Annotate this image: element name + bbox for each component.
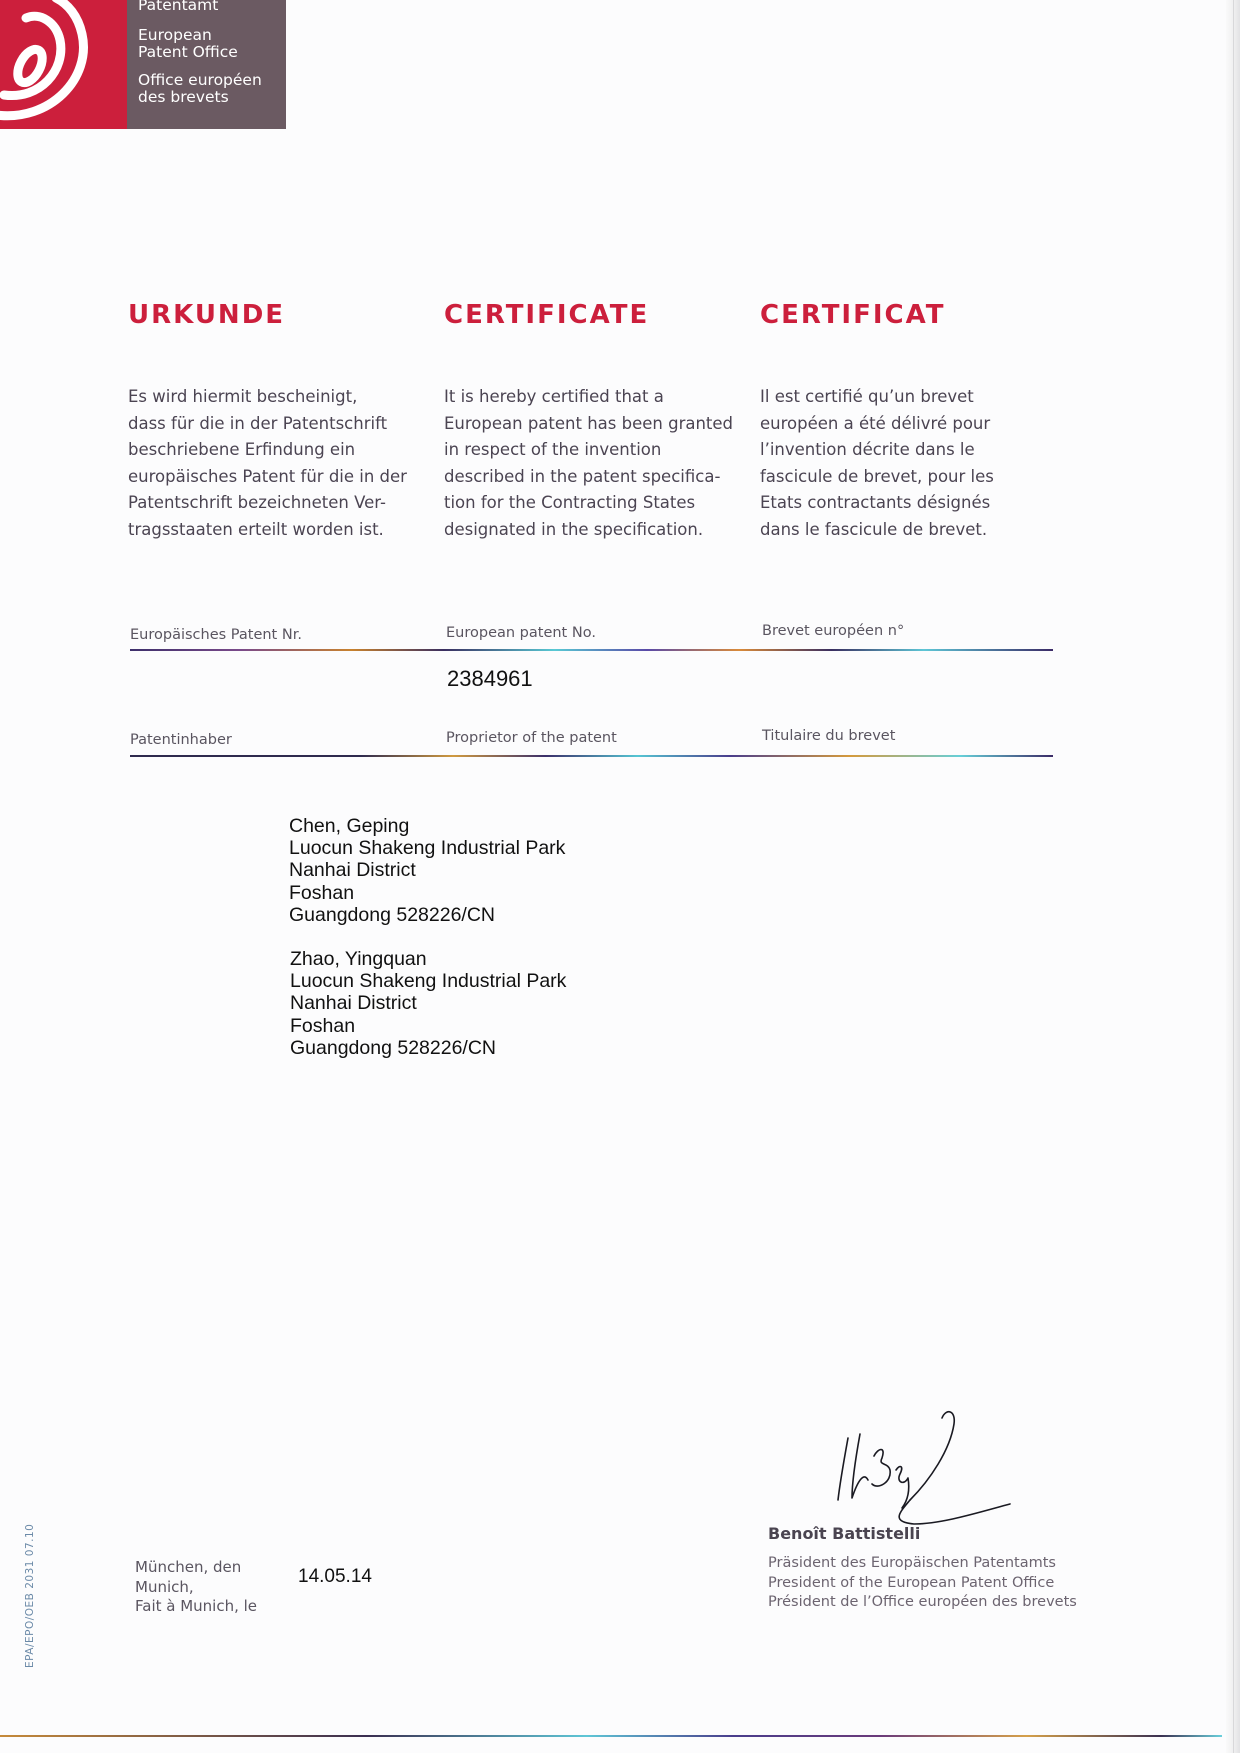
intro-line: designated in the specification.	[444, 517, 744, 544]
intro-line: Il est certifié qu’un brevet	[760, 384, 1060, 411]
page-edge-line	[1233, 0, 1234, 1753]
issue-date: 14.05.14	[298, 1566, 372, 1588]
signatory-title-de: Präsident des Europäischen Patentamts	[768, 1554, 1077, 1574]
intro-english: It is hereby certified that a European p…	[444, 384, 744, 543]
logo-line-patentamt: Patentamt	[138, 0, 286, 14]
intro-line: européen a été délivré pour	[760, 411, 1060, 438]
label-patent-no-en: European patent No.	[446, 625, 596, 641]
patent-number: 2384961	[447, 666, 533, 692]
intro-line: fascicule de brevet, pour les	[760, 464, 1060, 491]
heading-certificat: CERTIFICAT	[760, 300, 945, 330]
intro-line: tion for the Contracting States	[444, 490, 744, 517]
proprietor-address-line: Nanhai District	[290, 992, 566, 1014]
proprietor-address-line: Nanhai District	[289, 859, 565, 881]
epo-logo: Patentamt European Patent Office Office …	[0, 0, 286, 129]
logo-line-des-brevets: des brevets	[138, 89, 286, 106]
proprietor-name: Chen, Geping	[289, 815, 565, 837]
form-code: EPA/EPO/OEB 2031 07.10	[24, 1524, 36, 1668]
intro-line: described in the patent specifica-	[444, 464, 744, 491]
intro-line: Etats contractants désignés	[760, 490, 1060, 517]
signatory-title-fr: Président de l’Office européen des breve…	[768, 1593, 1077, 1613]
logo-line-european: European	[138, 27, 286, 44]
signatory-titles: Präsident des Europäischen Patentamts Pr…	[768, 1554, 1077, 1613]
handwritten-signature-icon	[830, 1400, 1020, 1534]
signatory-name: Benoît Battistelli	[768, 1524, 920, 1543]
intro-line: tragsstaaten erteilt worden ist.	[128, 517, 428, 544]
proprietor-address-line: Guangdong 528226/CN	[289, 904, 565, 926]
proprietor-name: Zhao, Yingquan	[290, 948, 566, 970]
rule-proprietor	[130, 755, 1053, 757]
intro-line: Patentschrift bezeichneten Ver-	[128, 490, 428, 517]
intro-line: Es wird hiermit bescheinigt,	[128, 384, 428, 411]
rule-patent-number	[130, 649, 1053, 651]
intro-line: It is hereby certified that a	[444, 384, 744, 411]
signatory-title-en: President of the European Patent Office	[768, 1574, 1077, 1594]
label-proprietor-de: Patentinhaber	[130, 732, 232, 748]
place-of-issue: München, den Munich, Fait à Munich, le	[135, 1558, 257, 1617]
proprietor-address-line: Luocun Shakeng Industrial Park	[290, 970, 566, 992]
logo-line-office-europeen: Office européen	[138, 72, 286, 89]
proprietor-1: Chen, Geping Luocun Shakeng Industrial P…	[289, 815, 565, 926]
epo-office-names: Patentamt European Patent Office Office …	[127, 0, 286, 129]
heading-urkunde: URKUNDE	[128, 300, 285, 330]
place-line-en: Munich,	[135, 1578, 257, 1598]
intro-line: dass für die in der Patentschrift	[128, 411, 428, 438]
label-patent-no-fr: Brevet européen n°	[762, 623, 904, 639]
place-line-de: München, den	[135, 1558, 257, 1578]
epo-spiral-logo-icon	[0, 0, 127, 129]
place-line-fr: Fait à Munich, le	[135, 1597, 257, 1617]
heading-certificate: CERTIFICATE	[444, 300, 649, 330]
label-proprietor-fr: Titulaire du brevet	[762, 728, 895, 744]
logo-line-patent-office: Patent Office	[138, 44, 286, 61]
label-proprietor-en: Proprietor of the patent	[446, 730, 617, 746]
intro-french: Il est certifié qu’un brevet européen a …	[760, 384, 1060, 543]
proprietor-address-line: Foshan	[290, 1015, 566, 1037]
intro-line: in respect of the invention	[444, 437, 744, 464]
intro-line: beschriebene Erfindung ein	[128, 437, 428, 464]
label-patent-nr-de: Europäisches Patent Nr.	[130, 627, 302, 643]
intro-line: europäisches Patent für die in der	[128, 464, 428, 491]
intro-line: dans le fascicule de brevet.	[760, 517, 1060, 544]
proprietor-address-line: Luocun Shakeng Industrial Park	[289, 837, 565, 859]
proprietor-address-line: Foshan	[289, 882, 565, 904]
intro-line: European patent has been granted	[444, 411, 744, 438]
proprietor-address-line: Guangdong 528226/CN	[290, 1037, 566, 1059]
rule-bottom	[0, 1735, 1222, 1737]
proprietor-2: Zhao, Yingquan Luocun Shakeng Industrial…	[290, 948, 566, 1059]
intro-german: Es wird hiermit bescheinigt, dass für di…	[128, 384, 428, 543]
intro-line: l’invention décrite dans le	[760, 437, 1060, 464]
